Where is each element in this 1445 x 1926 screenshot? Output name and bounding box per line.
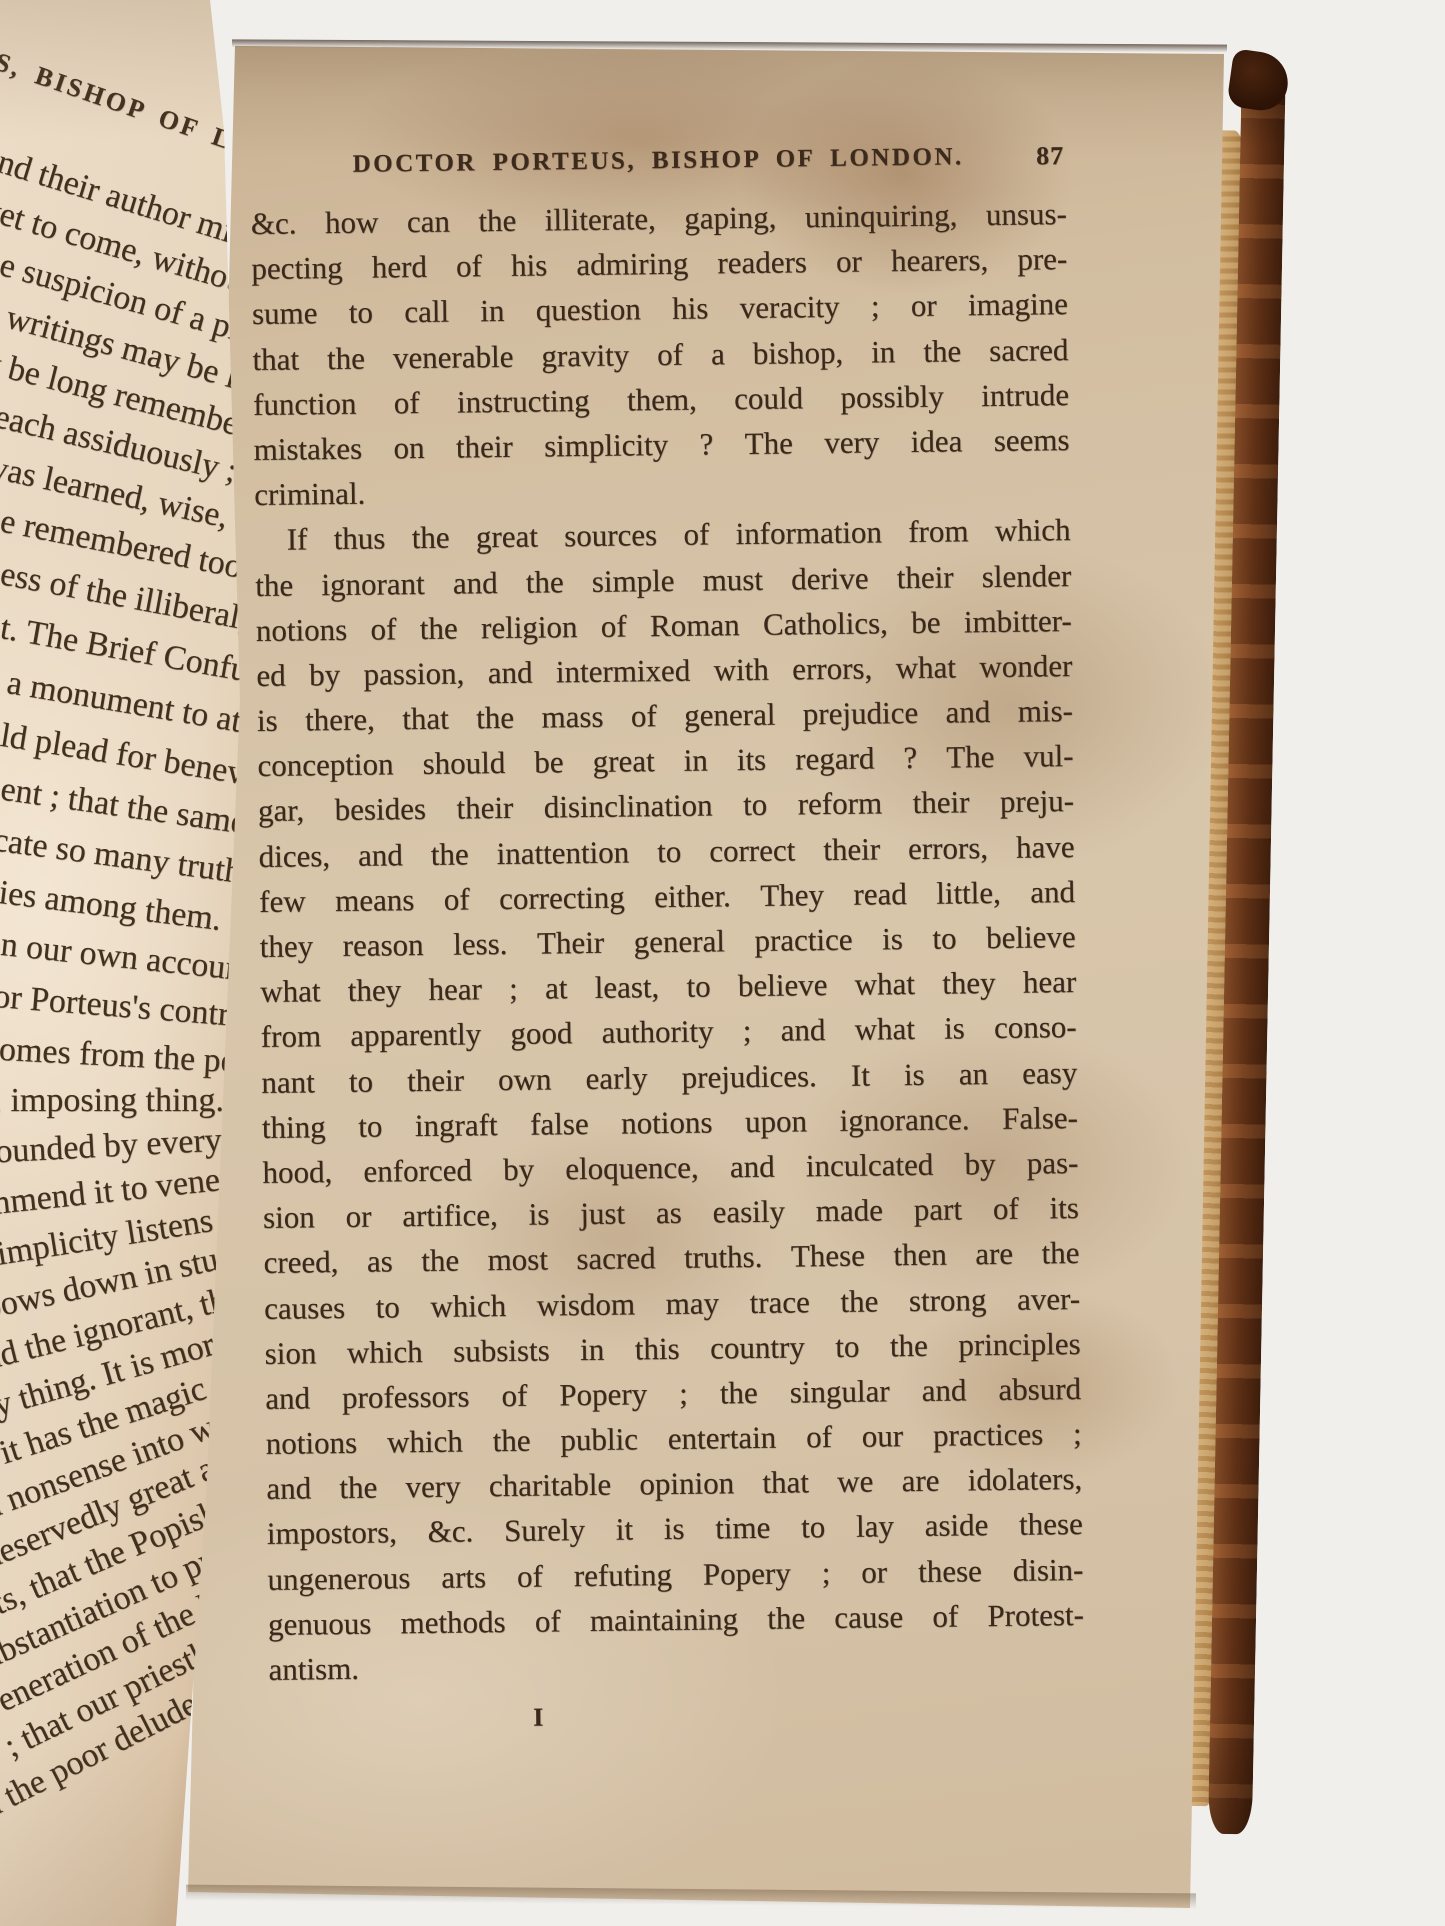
- page-number: 87: [1036, 141, 1064, 171]
- book-photo: DOCTOR PORTEUS, BISHOP OF LONDON. 87 &c.…: [0, 0, 1445, 1926]
- running-header: DOCTOR PORTEUS, BISHOP OF LONDON. 87: [250, 142, 1066, 192]
- body-line: antism.: [268, 1637, 1084, 1692]
- body-lines: &c.howcantheilliterate,gaping,uninquirin…: [251, 191, 1085, 1692]
- left-page-line: l, imposing thing. A: [0, 1082, 255, 1120]
- right-page-text: DOCTOR PORTEUS, BISHOP OF LONDON. 87 &c.…: [250, 142, 1085, 1736]
- left-page-line: comes from the pe: [0, 1030, 237, 1081]
